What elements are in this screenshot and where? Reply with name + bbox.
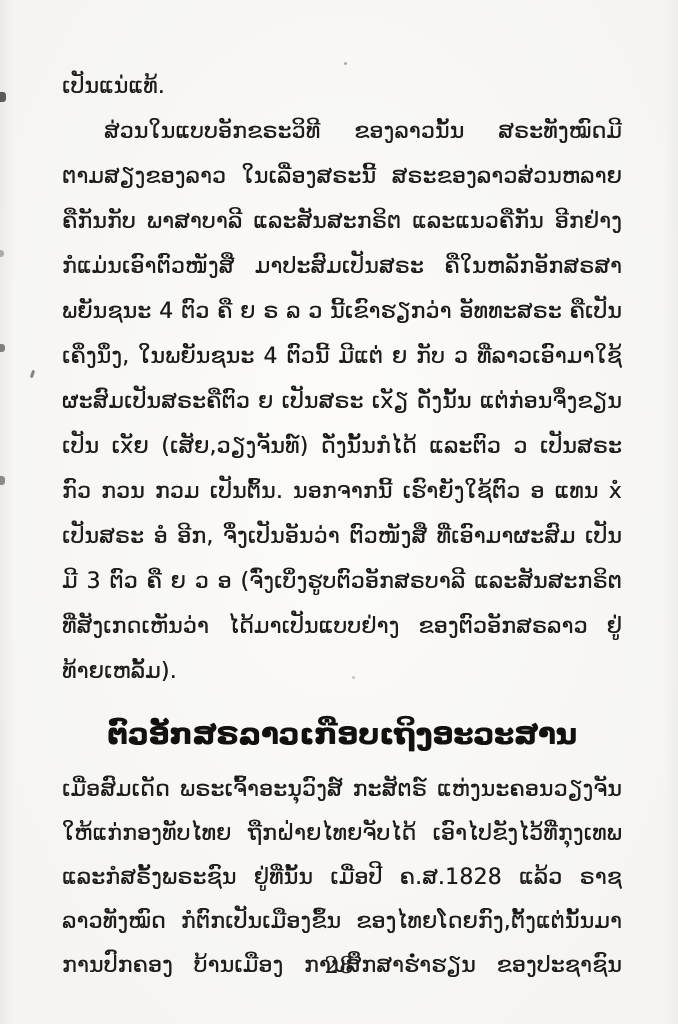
scan-edge-mark bbox=[0, 344, 5, 352]
spacer bbox=[62, 760, 622, 768]
text-line: ເປັນ ເxັຍ (ເສັຍ,ວຽງຈັນທ໌) ດັ່ງນັ້ນກໍໄດ້ … bbox=[62, 424, 622, 469]
scanned-book-page: ເປັນແນ່ແທ້. ສ່ວນໃນແບບອັກຂຣະວິທີ ຂອງລາວນັ… bbox=[0, 0, 678, 1024]
scan-edge-mark bbox=[0, 250, 4, 257]
scan-edge-mark bbox=[0, 476, 5, 485]
text-line: ຕາມສຽງຂອງລາວ ໃນເລື່ອງສຣະນີ້ ສຣະຂອງລາວສ່ວ… bbox=[62, 154, 622, 199]
text-line: ພຍັນຊນະ 4 ຕົວ ຄື ຍ ຣ ລ ວ ນີ້ເຂົາຮຽກວ່າ ອ… bbox=[62, 289, 622, 334]
text-line: ມີ 3 ຕົວ ຄື ຍ ວ ອ (ຈົ່ງເບິ່ງຮູບຕົວອັກສຣບ… bbox=[62, 559, 622, 604]
paragraph-fragment: ເປັນແນ່ແທ້. bbox=[62, 64, 622, 109]
text-column: ເປັນແນ່ແທ້. ສ່ວນໃນແບບອັກຂຣະວິທີ ຂອງລາວນັ… bbox=[62, 64, 622, 988]
scan-speck bbox=[30, 370, 35, 379]
text-line: ແລະກໍສຣັ້ງພຣະຊົນ ຢູ່ທີ່ນັ້ນ ເມື່ອປີ ຄ.ສ.… bbox=[62, 856, 622, 900]
scan-edge-mark bbox=[0, 92, 6, 102]
text-line: ເປັນສຣະ ອໍ ອີກ, ຈຶ່ງເປັນອັນວ່າ ຕົວໜັງສື … bbox=[62, 514, 622, 559]
text-line: ເມື່ອສົມເດັດ ພຣະເຈົ້າອະນຸວົງສ໌ ກະສັຕຣ໌ ແ… bbox=[62, 768, 622, 812]
text-line: ທີ່ສັງເກດເຫັນວ່າ ໄດ້ມາເປັນແບບຢ່າງ ຂອງຕົວ… bbox=[62, 604, 622, 649]
text-line: ກໍແມ່ນເອົາຕົວໜັງສື ມາປະສົມເປັນສຣະ ຄືໃນຫລ… bbox=[62, 244, 622, 289]
text-line: ຄືກັນກັບ ພາສາບາລີ ແລະສັນສະກຣິຕ ແລະແນວຄືກ… bbox=[62, 199, 622, 244]
page-number: 28 bbox=[0, 953, 678, 979]
text-line: ກົວ ກວນ ກວມ ເປັນຕົ້ນ. ນອກຈາກນີ້ ເຮົາຍັງໃ… bbox=[62, 469, 622, 514]
text-line: ໃຫ້ແກ່ກອງທັບໄທຍ ຖືກຝ່າຍໄທຍຈັບໄດ້ ເອົາໄປຂ… bbox=[62, 812, 622, 856]
text-line: ຜະສົມເປັນສຣະຄືຕົວ ຍ ເປັນສຣະ ເxັຽ ດັ່ງນັ້… bbox=[62, 379, 622, 424]
text-line: ເຄິ່ງນຶ່ງ, ໃນພຍັນຊນະ 4 ຕົວນີ້ ມີແຕ່ ຍ ກັ… bbox=[62, 334, 622, 379]
text-line: ລາວທັງໝົດ ກໍຕົກເປັນເມືອງຂຶ້ນ ຂອງໄທຍໂດຍກົ… bbox=[62, 900, 622, 944]
paragraph: ສ່ວນໃນແບບອັກຂຣະວິທີ ຂອງລາວນັ້ນ ສຣະທັງໝົດ… bbox=[62, 109, 622, 694]
text-line: ສ່ວນໃນແບບອັກຂຣະວິທີ ຂອງລາວນັ້ນ ສຣະທັງໝົດ… bbox=[62, 109, 622, 154]
text-line: ເປັນແນ່ແທ້. bbox=[62, 64, 622, 109]
section-heading: ຕົວອັກສຣລາວເກືອບເຖິງອະວະສານ bbox=[62, 708, 622, 760]
text-line: ທ້າຍເຫລັ້ມ). bbox=[62, 649, 622, 694]
